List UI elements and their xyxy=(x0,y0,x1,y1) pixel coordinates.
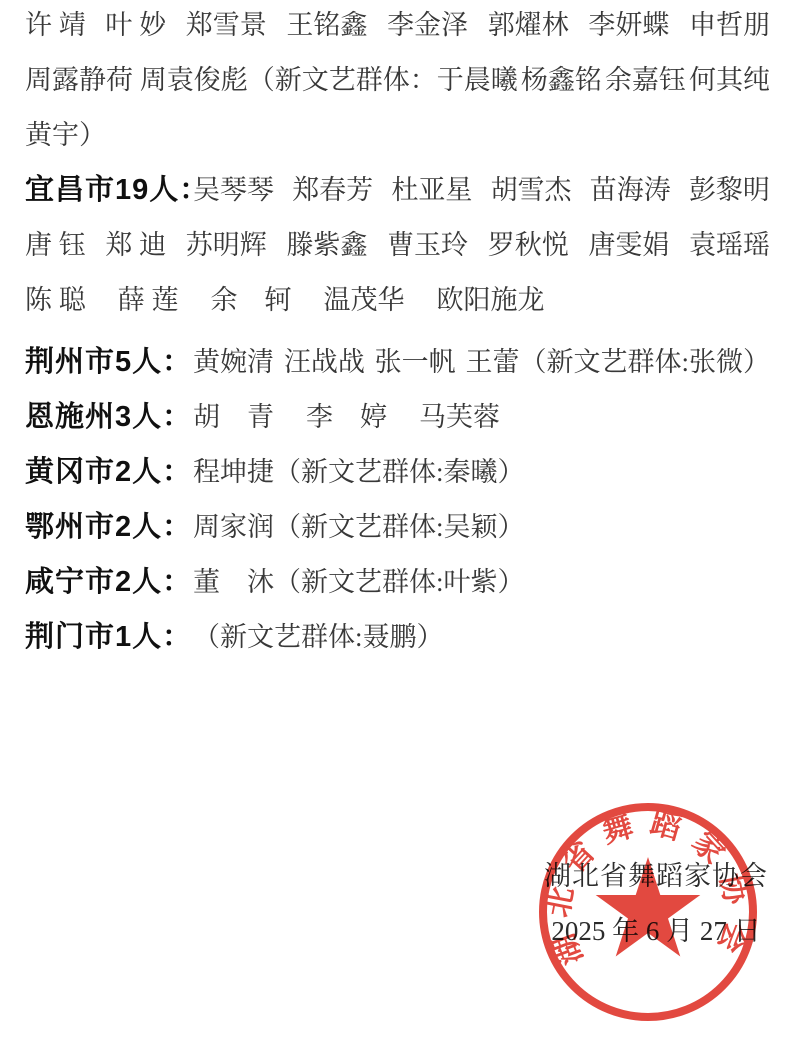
person-name: 苏明辉 xyxy=(186,223,267,262)
scanned-document-page: 许 靖叶 妙郑雪景王铭鑫李金泽郭燿林李妍蝶申哲朋 周露静荷 周袁俊彪（新文艺群体… xyxy=(0,0,796,1042)
name-list: 陈 聪薛 莲余 轲温茂华欧阳施龙 xyxy=(25,278,770,317)
name-list: 许 靖叶 妙郑雪景王铭鑫李金泽郭燿林李妍蝶申哲朋 xyxy=(25,3,770,42)
name-row-yichang: 宜昌市19人： 吴琴琴郑春芳杜亚星胡雪杰苗海涛彭黎明 xyxy=(25,160,770,215)
person-name: 欧阳施龙 xyxy=(437,278,545,317)
person-name: 郑春芳 xyxy=(292,168,373,207)
person-name: 郑雪景 xyxy=(186,3,267,42)
section-label: 恩施州3人： xyxy=(25,394,193,435)
name-row-jingmen: 荆门市1人： （新文艺群体:聂鹏） xyxy=(25,607,770,662)
person-name: 杜亚星 xyxy=(391,168,472,207)
name-list: （新文艺群体:聂鹏） xyxy=(193,615,770,654)
person-name: 周露静荷 周袁俊彪（新文艺群体：于晨曦 xyxy=(25,58,518,97)
name-row: 黄宇） xyxy=(25,105,770,160)
name-list: 周露静荷 周袁俊彪（新文艺群体：于晨曦杨鑫铭余嘉钰何其纯 xyxy=(25,58,770,97)
person-name: 唐 钰 xyxy=(25,223,86,262)
section-label: 荆门市1人： xyxy=(25,614,193,655)
name-list: 董 沐（新文艺群体:叶紫） xyxy=(193,560,770,599)
section-label: 黄冈市2人： xyxy=(25,449,193,490)
person-name: 曹玉玲 xyxy=(387,223,468,262)
name-list: 程坤捷（新文艺群体:秦曦） xyxy=(193,450,770,489)
name-row: 陈 聪薛 莲余 轲温茂华欧阳施龙 xyxy=(25,270,770,325)
person-name: 叶 妙 xyxy=(105,3,166,42)
name-row: 唐 钰郑 迪苏明辉滕紫鑫曹玉玲罗秋悦唐雯娟袁瑶瑶 xyxy=(25,215,770,270)
name-list: 黄宇） xyxy=(25,113,770,152)
person-name: 杨鑫铭 xyxy=(521,58,602,97)
official-seal: 湖北省舞蹈家协会 xyxy=(533,797,763,1027)
name-row: 许 靖叶 妙郑雪景王铭鑫李金泽郭燿林李妍蝶申哲朋 xyxy=(25,0,770,50)
name-row-enshi: 恩施州3人： 胡 青李 婷马芙蓉 xyxy=(25,387,770,442)
person-name: 吴琴琴 xyxy=(193,168,274,207)
person-name: 温茂华 xyxy=(324,278,405,317)
person-name: 周家润（新文艺群体:吴颖） xyxy=(193,505,525,544)
seal-star-icon xyxy=(596,857,701,957)
person-name: 袁瑶瑶 xyxy=(689,223,770,262)
name-list: 周家润（新文艺群体:吴颖） xyxy=(193,505,770,544)
person-name: 黄宇） xyxy=(25,113,106,152)
person-name: 何其纯 xyxy=(689,58,770,97)
section-label: 荆州市5人： xyxy=(25,339,193,380)
name-row-ezhou: 鄂州市2人： 周家润（新文艺群体:吴颖） xyxy=(25,497,770,552)
name-list: 胡 青李 婷马芙蓉 xyxy=(193,395,770,434)
person-name: 胡 青 xyxy=(193,395,274,434)
person-name: 余 轲 xyxy=(211,278,292,317)
person-name: 董 沐（新文艺群体:叶紫） xyxy=(193,560,525,599)
person-name: 李妍蝶 xyxy=(588,3,669,42)
person-name: 胡雪杰 xyxy=(491,168,572,207)
name-list: 黄婉清汪战战张一帆王蕾（新文艺群体:张微） xyxy=(193,340,770,379)
person-name: 李 婷 xyxy=(306,395,387,434)
section-label: 宜昌市19人： xyxy=(25,167,193,208)
person-name: 程坤捷（新文艺群体:秦曦） xyxy=(193,450,525,489)
person-name: 申哲朋 xyxy=(689,3,770,42)
person-name: 黄婉清 xyxy=(193,340,274,379)
person-name: 李金泽 xyxy=(387,3,468,42)
person-name: 郑 迪 xyxy=(105,223,166,262)
person-name: 陈 聪 xyxy=(25,278,86,317)
person-name: 郭燿林 xyxy=(488,3,569,42)
person-name: 薛 莲 xyxy=(118,278,179,317)
section-label: 咸宁市2人： xyxy=(25,559,193,600)
person-name: 马芙蓉 xyxy=(419,395,500,434)
name-row-huanggang: 黄冈市2人： 程坤捷（新文艺群体:秦曦） xyxy=(25,442,770,497)
person-name: 王蕾（新文艺群体:张微） xyxy=(465,340,770,379)
person-name: 许 靖 xyxy=(25,3,86,42)
name-list: 唐 钰郑 迪苏明辉滕紫鑫曹玉玲罗秋悦唐雯娟袁瑶瑶 xyxy=(25,223,770,262)
name-row: 周露静荷 周袁俊彪（新文艺群体：于晨曦杨鑫铭余嘉钰何其纯 xyxy=(25,50,770,105)
person-name: 彭黎明 xyxy=(689,168,770,207)
person-name: 张一帆 xyxy=(375,340,456,379)
person-name: 王铭鑫 xyxy=(286,3,367,42)
document-body: 许 靖叶 妙郑雪景王铭鑫李金泽郭燿林李妍蝶申哲朋 周露静荷 周袁俊彪（新文艺群体… xyxy=(0,0,796,662)
name-list: 吴琴琴郑春芳杜亚星胡雪杰苗海涛彭黎明 xyxy=(193,168,770,207)
person-name: （新文艺群体:聂鹏） xyxy=(193,615,444,654)
person-name: 苗海涛 xyxy=(590,168,671,207)
person-name: 滕紫鑫 xyxy=(286,223,367,262)
person-name: 余嘉钰 xyxy=(605,58,686,97)
person-name: 罗秋悦 xyxy=(488,223,569,262)
section-label: 鄂州市2人： xyxy=(25,504,193,545)
name-row-jingzhou: 荆州市5人： 黄婉清汪战战张一帆王蕾（新文艺群体:张微） xyxy=(25,332,770,387)
person-name: 唐雯娟 xyxy=(588,223,669,262)
person-name: 汪战战 xyxy=(284,340,365,379)
name-row-xianning: 咸宁市2人： 董 沐（新文艺群体:叶紫） xyxy=(25,552,770,607)
